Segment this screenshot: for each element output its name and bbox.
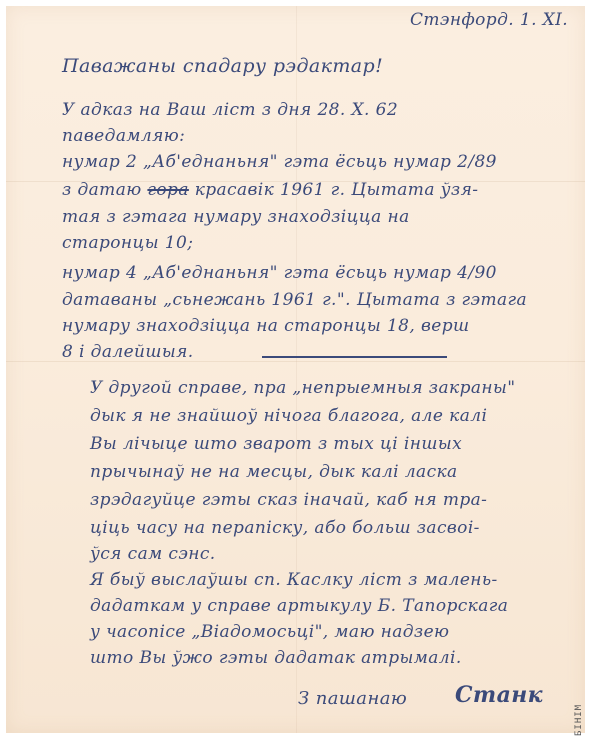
para1-line: паведамляю:: [62, 126, 185, 146]
para2-line: зрэдагуйце гэты сказ іначай, каб ня тра-: [90, 490, 487, 510]
struck-word: гора: [147, 180, 188, 200]
signature: Станк: [455, 682, 543, 708]
para1-line: 8 і далейшыя.: [62, 342, 194, 362]
para2-line: Вы лічыце што зварот з тых ці іншых: [90, 434, 462, 454]
para1-line: тая з гэтага нумару знаходзіцца на: [62, 207, 410, 227]
para1-line: датаваны „сьнежань 1961 г.". Цытата з гэ…: [62, 290, 527, 310]
para1-text: красавік 1961 г. Цытата ўзя-: [195, 180, 479, 200]
closing: З пашанаю: [298, 688, 407, 709]
underline-rule: [262, 356, 447, 358]
para1-line: нумар 4 „Аб'еднаньня" гэта ёсьць нумар 4…: [62, 263, 497, 283]
archive-stamp: БІНІМ: [574, 704, 584, 736]
para3-line: што Вы ўжо гэты дадатак атрымалі.: [90, 648, 462, 668]
para2-line: прычынаў не на месцы, дык калі ласка: [90, 462, 458, 482]
para2-line: У другой справе, пра „непрыемныя закраны…: [90, 378, 515, 398]
para3-line: Я быў выслаўшы сп. Каслку ліст з малень-: [90, 570, 498, 590]
para1-text: з датаю: [62, 180, 142, 200]
salutation: Паважаны спадару рэдактар!: [62, 55, 383, 77]
para1-line: нумару знаходзіцца на старонцы 18, верш: [62, 316, 470, 336]
para3-line: дадаткам у справе артыкулу Б. Тапорскага: [90, 596, 508, 616]
para1-line: У адказ на Ваш ліст з дня 28. X. 62: [62, 100, 398, 120]
para3-line: у часопісе „Віадомосьці", маю надзею: [90, 622, 449, 642]
para1-line: старонцы 10;: [62, 233, 193, 253]
para2-line: ўся сам сэнс.: [90, 544, 216, 564]
place-date: Стэнфорд. 1. XI.: [410, 10, 568, 30]
para2-line: дык я не знайшоў нічога благога, але кал…: [90, 406, 487, 426]
para1-line: нумар 2 „Аб'еднаньня" гэта ёсьць нумар 2…: [62, 152, 497, 172]
para2-line: ціць часу на перапіску, або больш засвоі…: [90, 518, 480, 538]
para1-line: з датаю гора красавік 1961 г. Цытата ўзя…: [62, 180, 478, 200]
